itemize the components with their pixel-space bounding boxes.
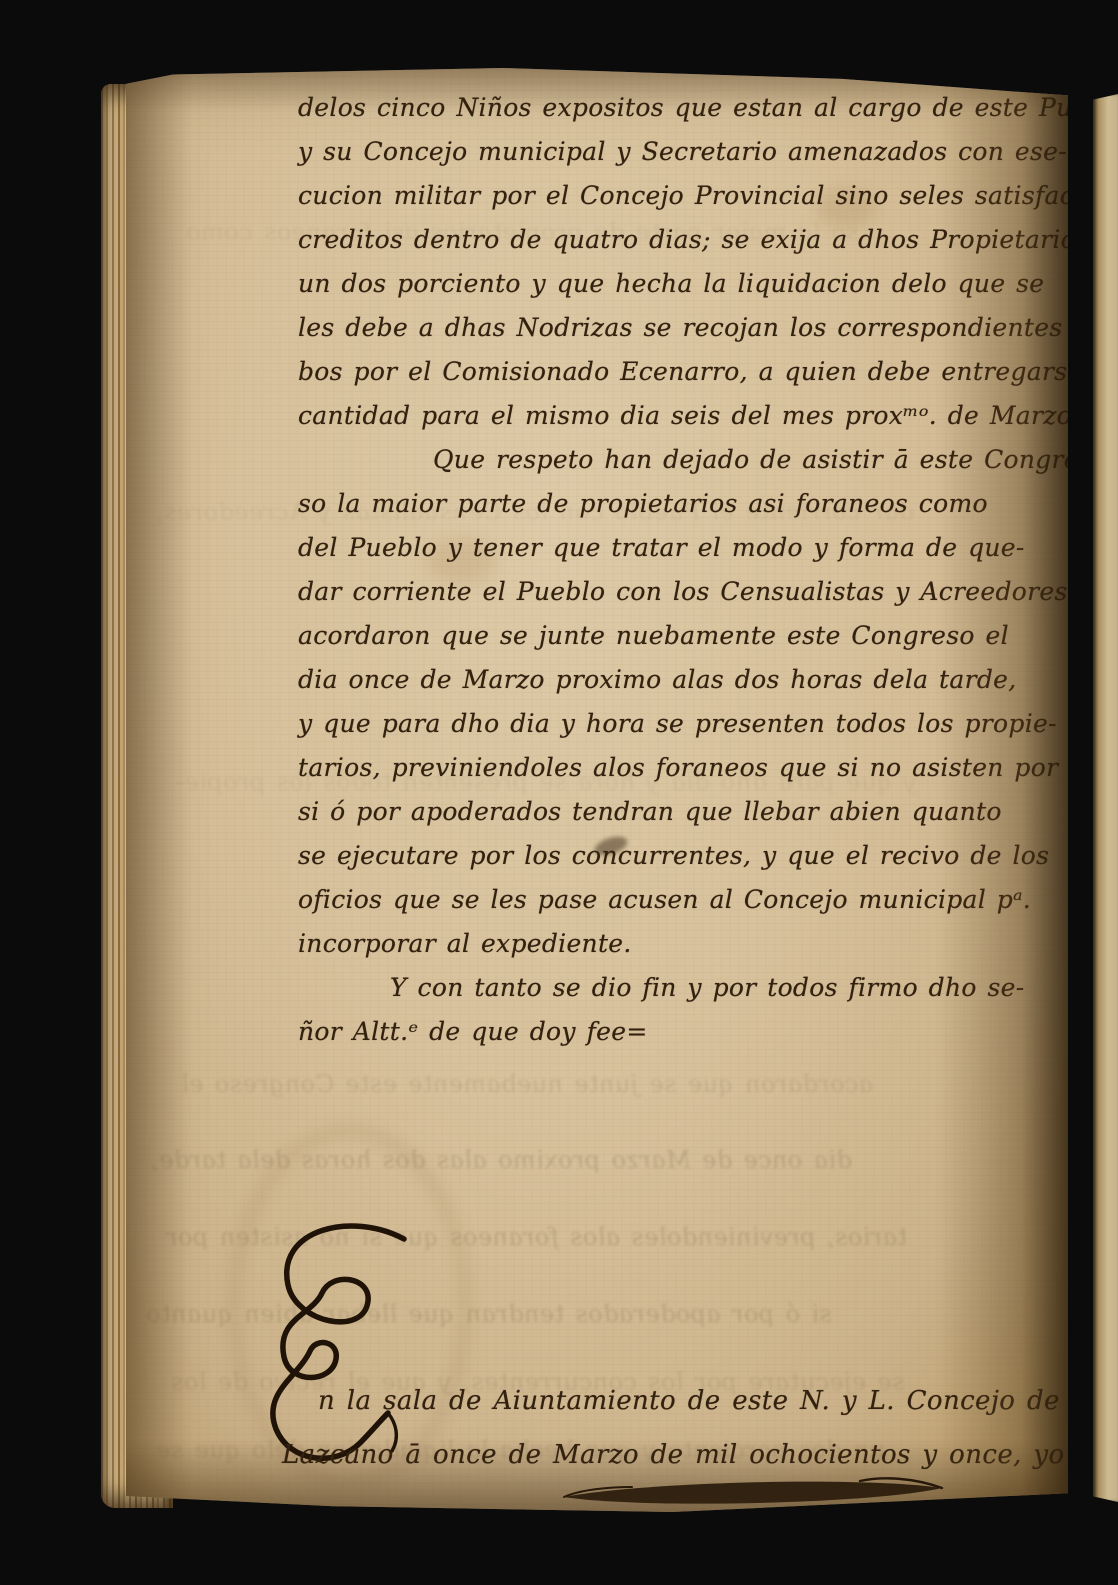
manuscript-photo: so la maior parte de propietarios asi fo…: [0, 0, 1118, 1585]
page-bottom-shadow: [126, 68, 1068, 1512]
facing-page-sliver: [1093, 94, 1118, 1502]
manuscript-page: so la maior parte de propietarios asi fo…: [126, 68, 1068, 1512]
photo-background: { "page": { "kind": "handwritten manuscr…: [0, 0, 1118, 1585]
